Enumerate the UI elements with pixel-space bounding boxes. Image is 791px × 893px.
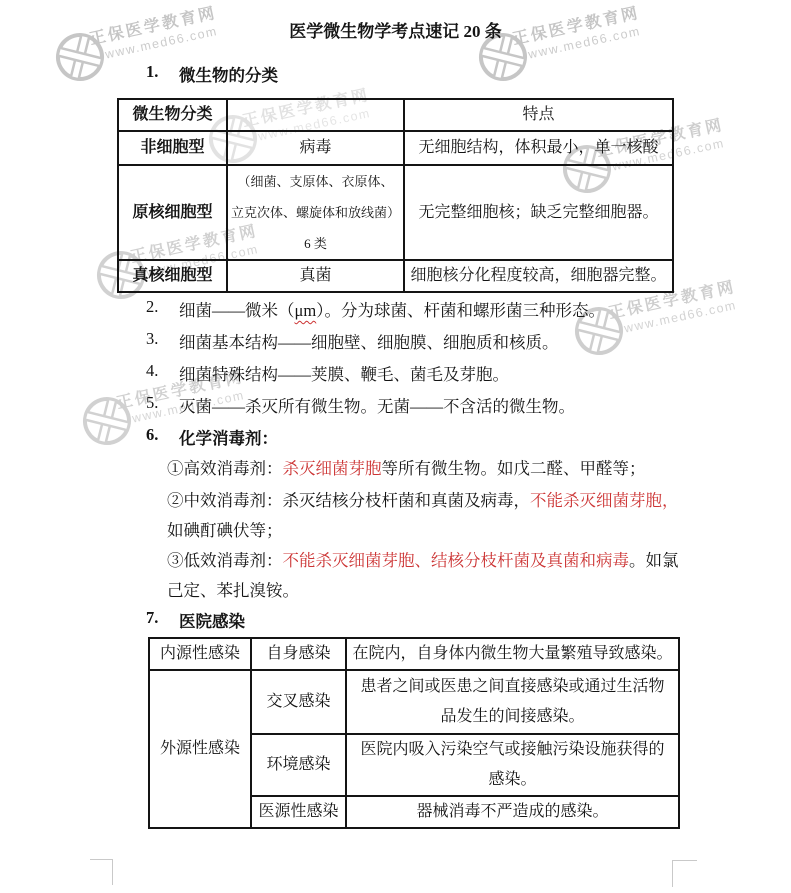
table-cell: 细胞核分化程度较高，细胞器完整。 (404, 260, 673, 292)
list-item-text: 化学消毒剂： (179, 425, 278, 449)
table-header-cell (227, 99, 404, 131)
page-corner-mark-left (90, 859, 113, 885)
page-corner-mark-right (672, 860, 697, 887)
list-item-text: 细菌特殊结构——荚膜、鞭毛、菌毛及芽胞。 (179, 361, 509, 385)
table-row: 真核细胞型 真菌 细胞核分化程度较高，细胞器完整。 (118, 260, 673, 292)
zhengbao-logo-icon (82, 396, 132, 446)
table-cell: 在院内，自身体内微生物大量繁殖导致感染。 (346, 638, 679, 670)
microbe-classification-table: 微生物分类 特点 非细胞型 病毒 无细胞结构，体积最小，单一核酸 原核细胞型 （… (117, 98, 674, 293)
list-item-text: 灭菌——杀灭所有微生物。无菌——不含活的微生物。 (179, 393, 575, 417)
list-item-text: 医院感染 (179, 608, 245, 632)
disinfectant-line-high: ①高效消毒剂：杀灭细菌芽胞等所有微生物。如戊二醛、甲醛等； (167, 455, 646, 479)
table-row: 微生物分类 特点 (118, 99, 673, 131)
list-item-number: 1. (146, 62, 179, 86)
table-cell: 真菌 (227, 260, 404, 292)
list-item-text: 细菌基本结构——细胞壁、细胞膜、细胞质和核质。 (179, 329, 559, 353)
table-cell: 外源性感染 (149, 670, 251, 828)
table-cell: 真核细胞型 (118, 260, 227, 292)
table-cell: 内源性感染 (149, 638, 251, 670)
disinfectant-line-medium: ②中效消毒剂：杀灭结核分枝杆菌和真菌及病毒，不能杀灭细菌芽胞， (167, 487, 679, 511)
table-row: 非细胞型 病毒 无细胞结构，体积最小，单一核酸 (118, 131, 673, 165)
table-cell: 环境感染 (251, 734, 346, 796)
table-row: 内源性感染 自身感染 在院内，自身体内微生物大量繁殖导致感染。 (149, 638, 679, 670)
table-cell: 无完整细胞核；缺乏完整细胞器。 (404, 165, 673, 260)
table-cell: 医院内吸入污染空气或接触污染设施获得的 感染。 (346, 734, 679, 796)
list-item-number: 3. (146, 329, 179, 353)
list-item-number: 5. (146, 393, 179, 417)
document-page: 正保医学教育网www.med66.com 正保医学教育网www.med66.co… (0, 0, 791, 893)
list-item-number: 4. (146, 361, 179, 385)
list-item-3: 3. 细菌基本结构——细胞壁、细胞膜、细胞质和核质。 (146, 329, 559, 353)
disinfectant-line-low-cont: 己定、苯扎溴铵。 (167, 577, 299, 601)
list-item-7: 7. 医院感染 (146, 608, 245, 632)
table-header-cell: 微生物分类 (118, 99, 227, 131)
disinfectant-line-medium-cont: 如碘酊碘伏等； (167, 517, 283, 541)
list-item-number: 7. (146, 608, 179, 632)
list-item-2: 2. 细菌——微米（μm）。分为球菌、杆菌和螺形菌三种形态。 (146, 297, 605, 321)
table-cell: 器械消毒不严造成的感染。 (346, 796, 679, 828)
table-cell: 交叉感染 (251, 670, 346, 734)
hospital-infection-table: 内源性感染 自身感染 在院内，自身体内微生物大量繁殖导致感染。 外源性感染 交叉… (148, 637, 680, 829)
list-item-number: 6. (146, 425, 179, 449)
table-cell: 病毒 (227, 131, 404, 165)
table-cell: 非细胞型 (118, 131, 227, 165)
list-item-number: 2. (146, 297, 179, 321)
table-header-cell: 特点 (404, 99, 673, 131)
table-cell: 医源性感染 (251, 796, 346, 828)
list-item-4: 4. 细菌特殊结构——荚膜、鞭毛、菌毛及芽胞。 (146, 361, 509, 385)
table-cell: （细菌、支原体、衣原体、 立克次体、螺旋体和放线菌） 6 类 (227, 165, 404, 260)
watermark-site-url: www.med66.com (623, 297, 741, 335)
table-row: 原核细胞型 （细菌、支原体、衣原体、 立克次体、螺旋体和放线菌） 6 类 无完整… (118, 165, 673, 260)
table-cell: 自身感染 (251, 638, 346, 670)
table-cell: 无细胞结构，体积最小，单一核酸 (404, 131, 673, 165)
list-item-5: 5. 灭菌——杀灭所有微生物。无菌——不含活的微生物。 (146, 393, 575, 417)
list-item-text: 微生物的分类 (179, 62, 278, 86)
list-item-6: 6. 化学消毒剂： (146, 425, 278, 449)
document-title: 医学微生物学考点速记 20 条 (0, 17, 791, 42)
table-cell: 原核细胞型 (118, 165, 227, 260)
list-item-text: 细菌——微米（μm）。分为球菌、杆菌和螺形菌三种形态。 (179, 297, 605, 321)
list-item-1: 1. 微生物的分类 (146, 62, 278, 86)
table-row: 外源性感染 交叉感染 患者之间或医患之间直接感染或通过生活物 品发生的间接感染。 (149, 670, 679, 734)
table-cell: 患者之间或医患之间直接感染或通过生活物 品发生的间接感染。 (346, 670, 679, 734)
disinfectant-line-low: ③低效消毒剂：不能杀灭细菌芽胞、结核分枝杆菌及真菌和病毒。如氯 (167, 547, 679, 571)
